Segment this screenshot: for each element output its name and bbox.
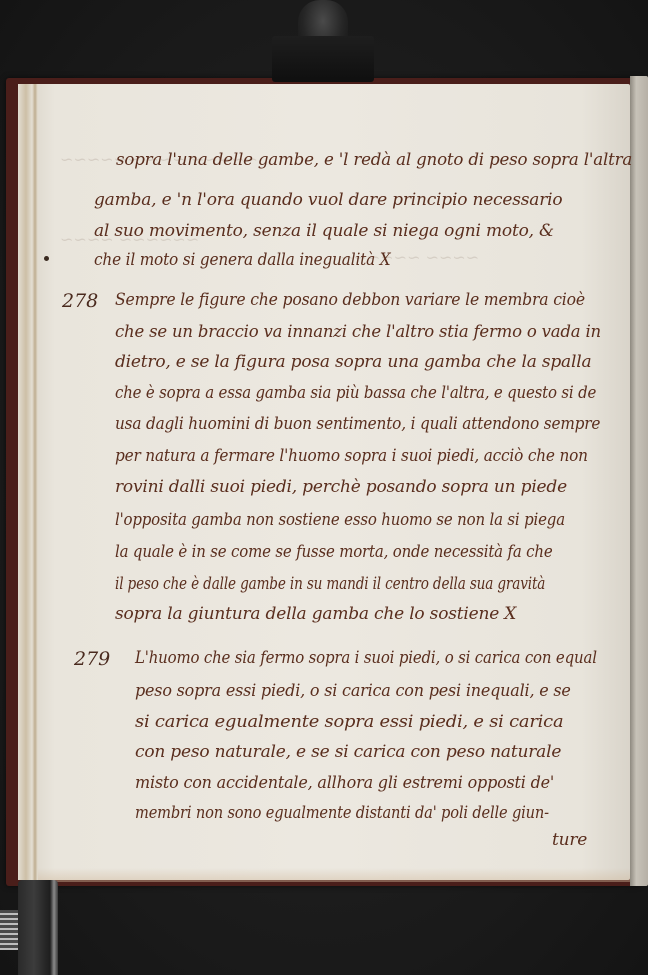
clamp-bar [18,880,58,975]
bleed-through-text: ~~~~~~ ~~~~ [60,230,199,249]
facing-page-edge [630,76,648,886]
page-gutter-edge [18,84,38,880]
manuscript-page [18,84,630,880]
book-clamp-top [272,0,374,82]
clamp-grip [0,910,18,950]
bleed-through-text: ~~~~ ~~~~~~ [340,248,479,267]
bleed-through-text: ~~~~~ ~~~ ~~~~~~ [60,150,258,169]
clamp-base [272,36,374,82]
ink-dot [44,256,49,261]
book-clamp-bottom [0,880,60,975]
manuscript-photo: ~~~~~ ~~~ ~~~~~~ ~~~~~~ ~~~~ ~~~~ ~~~~~~… [0,0,648,975]
page-stain [38,868,630,882]
